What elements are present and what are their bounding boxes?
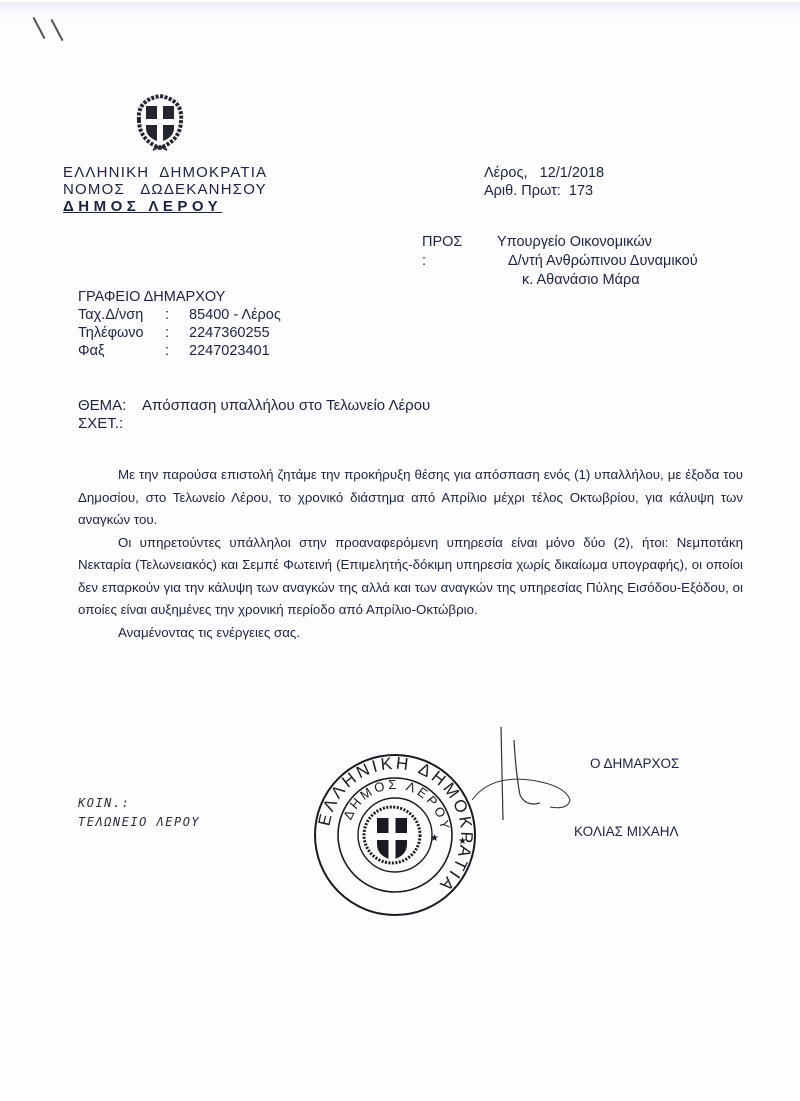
staple-mark xyxy=(50,19,63,41)
contact-row: Ταχ.Δ/νση : 85400 - Λέρος xyxy=(78,306,281,324)
signatory-title: Ο ΔΗΜΑΡΧΟΣ xyxy=(590,756,679,771)
office-contact-block: ΓΡΑΦΕΙΟ ΔΗΜΑΡΧΟΥ Ταχ.Δ/νση : 85400 - Λέρ… xyxy=(78,288,281,360)
contact-value: 2247023401 xyxy=(189,342,281,360)
municipal-stamp: ΕΛΛΗΝΙΚΗ ΔΗΜΟΚΡΑΤΙΑ ΔΗΜΟΣ ΛΕΡΟΥ ★ ★ xyxy=(312,752,478,918)
recipient-label: ΠΡΟΣ : xyxy=(422,233,462,271)
contact-key: Ταχ.Δ/νση xyxy=(78,306,165,324)
contact-value: 85400 - Λέρος xyxy=(189,306,281,324)
scan-artifact-band xyxy=(0,2,800,22)
recipient-line: Υπουργείο Οικονομικών xyxy=(497,233,698,252)
contact-value: 2247360255 xyxy=(189,324,281,342)
office-title: ΓΡΑΦΕΙΟ ΔΗΜΑΡΧΟΥ xyxy=(78,288,281,306)
handwritten-cc-recipient: ΤΕΛΩΝΕΙΟ ΛΕΡΟΥ xyxy=(78,815,200,829)
recipient-line: κ. Αθανάσιο Μάρα xyxy=(522,271,698,290)
body-paragraph: Οι υπηρετούντες υπάλληλοι στην προαναφερ… xyxy=(78,532,743,622)
contact-key: Φαξ xyxy=(78,342,165,360)
body-paragraph: Αναμένοντας τις ενέργειες σας. xyxy=(78,622,743,645)
issuer-header: ΕΛΛΗΝΙΚΗ ΔΗΜΟΚΡΑΤΙΑ ΝΟΜΟΣ ΔΩΔΕΚΑΝΗΣΟΥ ΔΗ… xyxy=(63,164,267,215)
handwritten-signature xyxy=(470,725,610,825)
contact-sep: : xyxy=(165,324,189,342)
subject-label: ΘΕΜΑ: xyxy=(78,397,142,415)
contact-row: Φαξ : 2247023401 xyxy=(78,342,281,360)
date-protocol-block: Λέρος, 12/1/2018 Αριθ. Πρωτ: 173 xyxy=(484,164,604,200)
reference-label: ΣΧΕΤ.: xyxy=(78,415,430,433)
protocol-number: Αριθ. Πρωτ: 173 xyxy=(484,182,604,200)
subject-value: Απόσπαση υπαλλήλου στο Τελωνείο Λέρου xyxy=(142,397,430,414)
body-paragraph: Με την παρούσα επιστολή ζητάμε την προκή… xyxy=(78,464,743,532)
contact-sep: : xyxy=(165,306,189,324)
handwritten-cc-label: ΚΟΙΝ.: xyxy=(78,796,130,810)
recipient-line: Δ/ντή Ανθρώπινου Δυναμικού xyxy=(508,252,698,271)
header-country: ΕΛΛΗΝΙΚΗ ΔΗΜΟΚΡΑΤΙΑ xyxy=(63,164,267,181)
header-municipality: ΔΗΜΟΣ ΛΕΡΟΥ xyxy=(63,198,267,215)
coat-of-arms-icon xyxy=(364,807,420,863)
contact-sep: : xyxy=(165,342,189,360)
svg-text:★: ★ xyxy=(458,836,467,847)
subject-block: ΘΕΜΑ:Απόσπαση υπαλλήλου στο Τελωνείο Λέρ… xyxy=(78,397,430,433)
letter-body: Με την παρούσα επιστολή ζητάμε την προκή… xyxy=(78,464,743,644)
header-prefecture: ΝΟΜΟΣ ΔΩΔΕΚΑΝΗΣΟΥ xyxy=(63,181,267,198)
signatory-name: ΚΟΛΙΑΣ ΜΙΧΑΗΛ xyxy=(574,824,679,839)
place-date: Λέρος, 12/1/2018 xyxy=(484,164,604,182)
coat-of-arms-icon xyxy=(133,90,187,160)
contact-key: Τηλέφωνο xyxy=(78,324,165,342)
svg-text:★: ★ xyxy=(430,833,439,844)
contact-row: Τηλέφωνο : 2247360255 xyxy=(78,324,281,342)
